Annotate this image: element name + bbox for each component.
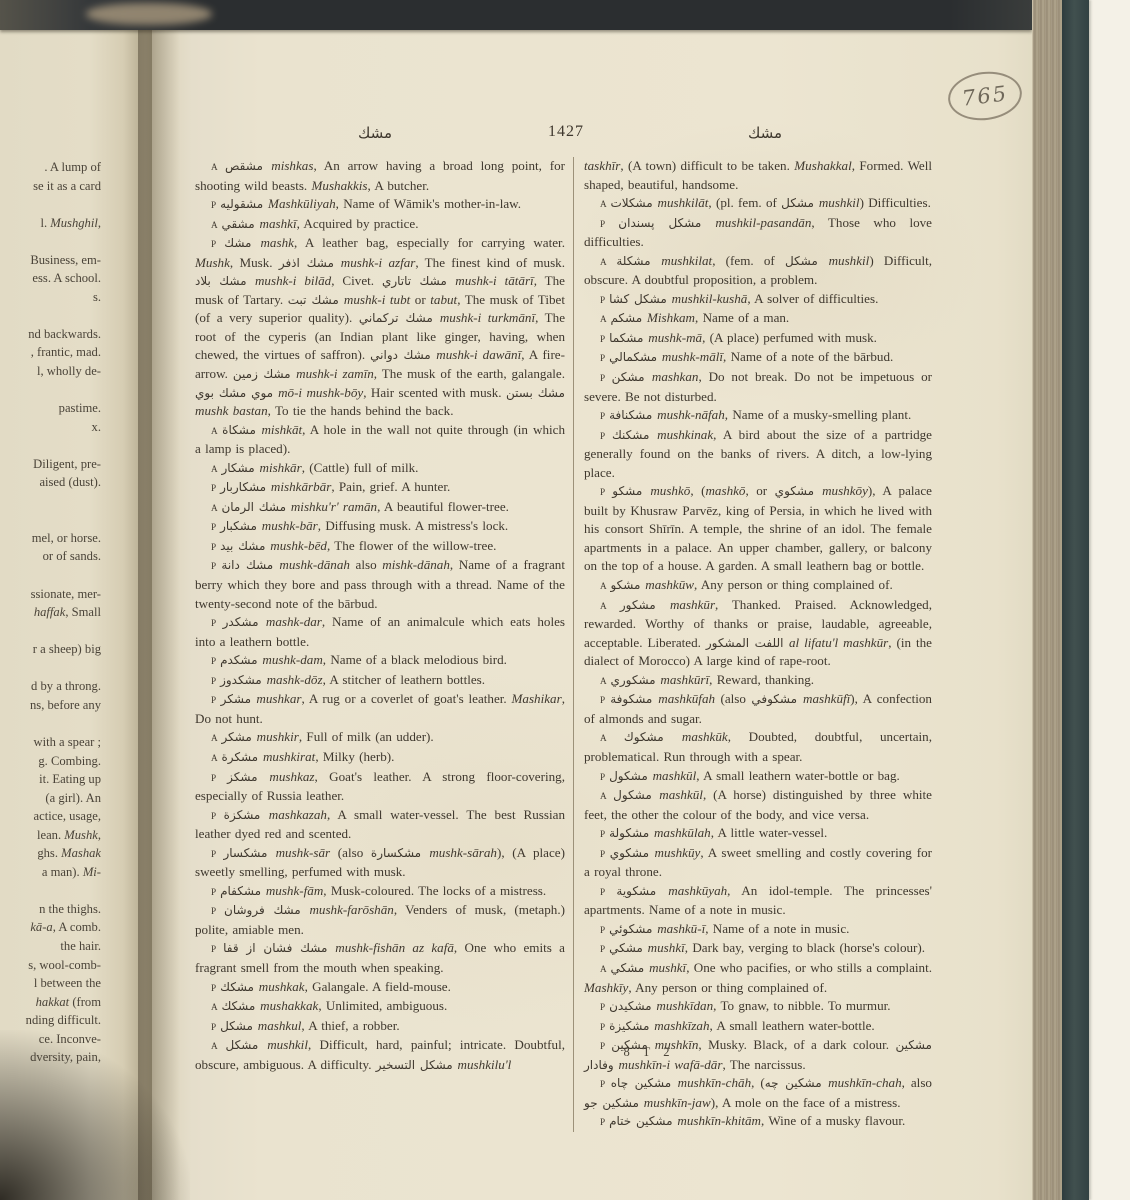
arabic-headword: مشكدر bbox=[223, 615, 266, 629]
arabic-headword: مشك دواني bbox=[370, 348, 436, 362]
arabic-headword: مشكوي bbox=[610, 846, 655, 860]
dictionary-entry: A مشكر mushkir, Full of milk (an udder). bbox=[195, 728, 565, 748]
arabic-headword: مشك الرمان bbox=[221, 500, 290, 514]
transliteration: mashkūfah bbox=[658, 691, 715, 706]
transliteration: mushkir bbox=[257, 729, 299, 744]
definition-text: (a girl). An bbox=[45, 791, 101, 805]
arabic-headword: مشك bbox=[224, 236, 260, 250]
transliteration: mashkō bbox=[705, 483, 745, 498]
language-marker: P bbox=[211, 849, 223, 859]
arabic-headword: مشك بيد bbox=[220, 539, 270, 553]
dictionary-entry: A مشك الرمان mishku'r' ramān, A beautifu… bbox=[195, 498, 565, 518]
fragment-line: dversity, pain, bbox=[0, 1048, 101, 1067]
definition-text: , Name of a note of the bārbud. bbox=[723, 349, 893, 364]
arabic-headword: مشك فروشان bbox=[224, 903, 309, 917]
transliteration: mashkīzah bbox=[654, 1018, 709, 1033]
dictionary-entry: P مشكفام mushk-fām, Musk-coloured. The l… bbox=[195, 882, 565, 902]
definition-text: , Musky. Black, of a dark colour. bbox=[698, 1037, 895, 1052]
definition-text: , A beautiful flower-tree. bbox=[377, 499, 509, 514]
arabic-headword: مشك فشان از قفا bbox=[223, 941, 335, 955]
definition-text: s. bbox=[93, 290, 101, 304]
transliteration: mushk-sārah bbox=[429, 845, 497, 860]
dictionary-entry: A مشكوري mashkūrī, Reward, thanking. bbox=[584, 671, 932, 691]
definition-text: g. Combing. bbox=[38, 754, 101, 768]
transliteration: mushk-i turkmānī bbox=[440, 310, 535, 325]
transliteration: mushkil-kushā bbox=[672, 291, 748, 306]
arabic-headword: مشكمالي bbox=[609, 350, 662, 364]
definition-text: ), A mole on the face of a mistress. bbox=[711, 1095, 901, 1110]
fragment-line bbox=[0, 622, 101, 641]
arabic-headword: مشقي bbox=[221, 217, 259, 231]
arabic-headword: مشكي bbox=[609, 941, 648, 955]
language-marker: P bbox=[211, 773, 227, 783]
dictionary-entry: A مشقص mishkas, An arrow having a broad … bbox=[195, 157, 565, 195]
arabic-headword: مشك اذفر bbox=[279, 256, 341, 270]
transliteration: mushk-i tubt bbox=[344, 292, 410, 307]
definition-text: with a spear ; bbox=[34, 735, 102, 749]
dictionary-entry: A مشكلة mushkilat, (fem. of مشكل mushkil… bbox=[584, 252, 932, 290]
fragment-line bbox=[0, 566, 101, 585]
arabic-headword: مشكك bbox=[221, 999, 260, 1013]
definition-text: , The narcissus. bbox=[722, 1057, 805, 1072]
dictionary-entry: P مشكوية mashkūyah, An idol-temple. The … bbox=[584, 882, 932, 920]
language-marker: A bbox=[211, 1002, 221, 1012]
definition-text: aised (dust). bbox=[39, 475, 101, 489]
fragment-line: s, wool-comb- bbox=[0, 956, 101, 975]
transliteration: mashkūk bbox=[682, 729, 728, 744]
definition-text: ) Difficulties. bbox=[860, 195, 931, 210]
book-scan: . A lump ofse it as a card l. Mushghil, … bbox=[0, 0, 1130, 1200]
transliteration: mushkinak bbox=[657, 427, 713, 442]
transliteration: mashkūrī bbox=[660, 672, 709, 687]
dictionary-entry: P مشك فروشان mushk-farōshān, Venders of … bbox=[195, 901, 565, 939]
transliteration: kā-a bbox=[30, 920, 52, 934]
arabic-headword: مشكل bbox=[785, 254, 829, 268]
arabic-headword: مشك بلاد bbox=[195, 274, 255, 288]
definition-text: (from bbox=[69, 995, 101, 1009]
language-marker: P bbox=[600, 411, 609, 421]
dictionary-entry: P مشكك mushkak, Galangale. A field-mouse… bbox=[195, 978, 565, 998]
fragment-line bbox=[0, 306, 101, 325]
transliteration: mushk-i tātārī bbox=[455, 273, 533, 288]
arabic-headword: مشقوليه bbox=[220, 197, 268, 211]
fragment-line: Diligent, pre- bbox=[0, 455, 101, 474]
transliteration: mushk-i dawānī bbox=[436, 347, 521, 362]
arabic-headword: مشكين چاه bbox=[611, 1076, 678, 1090]
transliteration: mushkō bbox=[650, 483, 690, 498]
transliteration: mashk-dar bbox=[266, 614, 322, 629]
transliteration: mushk-dānah bbox=[279, 557, 350, 572]
dictionary-entry: P مشكيزة mashkīzah, A small leathern wat… bbox=[584, 1017, 932, 1037]
fragment-line: l between the bbox=[0, 974, 101, 993]
transliteration: Mushakkis bbox=[311, 178, 367, 193]
definition-text: , Musk. bbox=[230, 255, 279, 270]
dictionary-entry: A مشكور mashkūr, Thanked. Praised. Ackno… bbox=[584, 596, 932, 671]
arabic-headword: مشكبار bbox=[220, 519, 262, 533]
transliteration: Mushakkal bbox=[794, 158, 851, 173]
language-marker: A bbox=[600, 199, 610, 209]
dictionary-entry: A مشكاة mishkāt, A hole in the wall not … bbox=[195, 421, 565, 459]
definition-text: ess. A school. bbox=[32, 271, 101, 285]
language-marker: P bbox=[600, 295, 609, 305]
definition-text: , ( bbox=[751, 1075, 765, 1090]
arabic-headword: مشكوك bbox=[624, 730, 682, 744]
arabic-headword: مشك دانة bbox=[221, 558, 279, 572]
definition-text: , Dark bay, verging to black (horse's co… bbox=[685, 940, 925, 955]
language-marker: A bbox=[600, 733, 624, 743]
definition-text: , Name of Wāmik's mother-in-law. bbox=[336, 196, 521, 211]
language-marker: A bbox=[600, 314, 610, 324]
transliteration: hakkat bbox=[36, 995, 70, 1009]
definition-text: , One who pacifies, or who stills a comp… bbox=[686, 960, 932, 975]
arabic-headword: موي مشك بوي bbox=[195, 386, 278, 400]
definition-text: , Name of a musky-smelling plant. bbox=[725, 407, 911, 422]
arabic-headword: مشكر bbox=[221, 692, 257, 706]
fragment-line: ssionate, mer- bbox=[0, 585, 101, 604]
language-marker: P bbox=[600, 944, 609, 954]
definition-text: r a sheep) big bbox=[33, 642, 101, 656]
dictionary-entry: A مشكل mushkil, Difficult, hard, painful… bbox=[195, 1036, 565, 1074]
transliteration: mushkīdan bbox=[656, 998, 713, 1013]
definition-text: , (A town) difficult to be taken. bbox=[620, 158, 794, 173]
fragment-line: d by a throng. bbox=[0, 677, 101, 696]
catchword-right: مشك bbox=[720, 124, 810, 142]
transliteration: mushkōy bbox=[822, 483, 868, 498]
arabic-headword: مشكوفة bbox=[610, 692, 658, 706]
transliteration: mushk-nāfah bbox=[657, 407, 725, 422]
fragment-line: it. Eating up bbox=[0, 770, 101, 789]
definition-text: , The flower of the willow-tree. bbox=[327, 538, 496, 553]
definition-text: , frantic, mad. bbox=[31, 345, 101, 359]
dictionary-entry: P مشقوليه Mashkūliyah, Name of Wāmik's m… bbox=[195, 195, 565, 215]
dictionary-entry: P مشكما mushk-mā, (A place) perfumed wit… bbox=[584, 329, 932, 349]
definition-text: ce. Inconve- bbox=[39, 1032, 101, 1046]
transliteration: mashkūr bbox=[670, 597, 715, 612]
transliteration: mushkilāt bbox=[657, 195, 708, 210]
arabic-headword: مشكي bbox=[610, 961, 649, 975]
arabic-headword: مشكفام bbox=[220, 884, 266, 898]
transliteration: Mishkam bbox=[647, 310, 695, 325]
dictionary-entry: A مشكلات mushkilāt, (pl. fem. of مشكل mu… bbox=[584, 194, 932, 214]
fragment-line: l. Mushghil, bbox=[0, 214, 101, 233]
transliteration: mashkī bbox=[259, 216, 296, 231]
transliteration: mushkil bbox=[819, 195, 860, 210]
definition-text: l between the bbox=[34, 976, 101, 990]
arabic-headword: مشك تاتاري bbox=[382, 274, 455, 288]
definition-text: ghs. bbox=[37, 846, 61, 860]
fragment-line bbox=[0, 659, 101, 678]
fragment-line: haffak, Small bbox=[0, 603, 101, 622]
fragment-line: ghs. Mashak bbox=[0, 844, 101, 863]
transliteration: mushkirat bbox=[263, 749, 315, 764]
language-marker: A bbox=[600, 581, 610, 591]
language-marker: P bbox=[211, 239, 224, 249]
fragment-line: se it as a card bbox=[0, 177, 101, 196]
definition-text: , ( bbox=[690, 483, 705, 498]
language-marker: P bbox=[211, 542, 220, 552]
transliteration: mashkūyah bbox=[668, 883, 727, 898]
transliteration: Mushk bbox=[64, 828, 98, 842]
fragment-line: ns, before any bbox=[0, 696, 101, 715]
transliteration: mishkāt bbox=[261, 422, 302, 437]
right-column: taskhīr, (A town) difficult to be taken.… bbox=[573, 157, 932, 1132]
definition-text: se it as a card bbox=[33, 179, 101, 193]
definition-text: nding difficult. bbox=[26, 1013, 101, 1027]
fragment-line bbox=[0, 492, 101, 511]
transliteration: Mi- bbox=[83, 865, 101, 879]
dictionary-entry: P مشكدم mushk-dam, Name of a black melod… bbox=[195, 651, 565, 671]
transliteration: mishk-dānah bbox=[382, 557, 450, 572]
language-marker: P bbox=[600, 1117, 609, 1127]
arabic-headword: مشكما bbox=[609, 331, 648, 345]
dictionary-entry: A مشكار mishkār, (Cattle) full of milk. bbox=[195, 459, 565, 479]
transliteration: tabut bbox=[430, 292, 457, 307]
arabic-headword: مشكاة bbox=[222, 423, 261, 437]
left-column: A مشقص mishkas, An arrow having a broad … bbox=[195, 157, 565, 1074]
dictionary-entry: P مشكولة mashkūlah, A little water-vesse… bbox=[584, 824, 932, 844]
fragment-line: pastime. bbox=[0, 399, 101, 418]
transliteration: mushk-i zamīn bbox=[296, 366, 374, 381]
dictionary-entry: P مشكول mashkūl, A small leathern water-… bbox=[584, 767, 932, 787]
transliteration: mashk bbox=[260, 235, 293, 250]
fragment-line: nding difficult. bbox=[0, 1011, 101, 1030]
arabic-headword: مشكوئي bbox=[609, 922, 657, 936]
arabic-headword: مشكول bbox=[613, 788, 659, 802]
language-marker: A bbox=[211, 220, 221, 230]
definition-text: , Small bbox=[65, 605, 101, 619]
arabic-headword: مشكرة bbox=[221, 750, 263, 764]
definition-text: , (A place) perfumed with musk. bbox=[702, 330, 877, 345]
definition-text: , Diffusing musk. A mistress's lock. bbox=[318, 518, 508, 533]
transliteration: mushakkak bbox=[260, 998, 318, 1013]
transliteration: mashkūfī bbox=[803, 691, 850, 706]
language-marker: A bbox=[600, 601, 620, 611]
dictionary-entry: P مشكيدن mushkīdan, To gnaw, to nibble. … bbox=[584, 997, 932, 1017]
arabic-headword: مشك بستن bbox=[506, 386, 565, 400]
definition-text: l. bbox=[40, 216, 50, 230]
gutter-shadow bbox=[138, 28, 180, 1200]
transliteration: mushkīn-khitām bbox=[677, 1113, 761, 1128]
fragment-line: or of sands. bbox=[0, 547, 101, 566]
fragment-line: actice, usage, bbox=[0, 807, 101, 826]
transliteration: mashkul bbox=[258, 1018, 302, 1033]
arabic-headword: مشكن bbox=[612, 370, 652, 384]
transliteration: taskhīr bbox=[584, 158, 620, 173]
fragment-line: Business, em- bbox=[0, 251, 101, 270]
definition-text: , A leather bag, especially for carrying… bbox=[294, 235, 565, 250]
transliteration: mushkil bbox=[829, 253, 870, 268]
fragment-line: the hair. bbox=[0, 937, 101, 956]
definition-text: , (fem. of bbox=[712, 253, 785, 268]
language-marker: P bbox=[600, 849, 610, 859]
dictionary-entry: P مشكوئي mashkū-ī, Name of a note in mus… bbox=[584, 920, 932, 940]
fragment-line: ce. Inconve- bbox=[0, 1030, 101, 1049]
definition-text: also bbox=[350, 557, 382, 572]
definition-text: , Acquired by practice. bbox=[297, 216, 419, 231]
transliteration: mishku'r' ramān bbox=[291, 499, 377, 514]
dictionary-entry: P مشكدر mashk-dar, Name of an animalcule… bbox=[195, 613, 565, 651]
arabic-headword: مشكو bbox=[612, 484, 650, 498]
definition-text: , A little water-vessel. bbox=[711, 825, 828, 840]
language-marker: P bbox=[211, 656, 220, 666]
definition-text: or of sands. bbox=[43, 549, 101, 563]
transliteration: mushk-i bilād bbox=[255, 273, 331, 288]
fragment-line bbox=[0, 510, 101, 529]
definition-text: , Unlimited, ambiguous. bbox=[318, 998, 447, 1013]
arabic-headword: مشكدوز bbox=[220, 673, 266, 687]
arabic-headword: مشكل bbox=[781, 196, 819, 210]
dictionary-entry: P مشكبار mushk-bār, Diffusing musk. A mi… bbox=[195, 517, 565, 537]
definition-text: ns, before any bbox=[30, 698, 101, 712]
transliteration: mishkār bbox=[259, 460, 301, 475]
transliteration: mushkil bbox=[267, 1037, 308, 1052]
arabic-headword: مشكلة bbox=[616, 254, 661, 268]
definition-text: , Musk-coloured. The locks of a mistress… bbox=[323, 883, 546, 898]
dictionary-entry: P مشكي mushkī, Dark bay, verging to blac… bbox=[584, 939, 932, 959]
dictionary-entry: P مشكل mashkul, A thief, a robber. bbox=[195, 1017, 565, 1037]
arabic-headword: مشك تبت bbox=[288, 293, 344, 307]
definition-text: or bbox=[410, 292, 430, 307]
language-marker: P bbox=[211, 522, 220, 532]
definition-text: , Full of milk (an udder). bbox=[299, 729, 434, 744]
transliteration: mushk-mālī bbox=[662, 349, 723, 364]
definition-text: . A lump of bbox=[44, 160, 101, 174]
transliteration: Mushghil bbox=[50, 216, 98, 230]
language-marker: P bbox=[211, 618, 223, 628]
definition-text: , A stitcher of leathern bottles. bbox=[323, 672, 485, 687]
page-stack-fore-edge bbox=[1032, 0, 1063, 1200]
language-marker: P bbox=[600, 772, 609, 782]
definition-text: (also bbox=[330, 845, 371, 860]
definition-text: , (Cattle) full of milk. bbox=[302, 460, 419, 475]
language-marker: P bbox=[600, 887, 616, 897]
transliteration: mushkaz bbox=[269, 769, 314, 784]
book-top-cover-edge bbox=[0, 0, 1032, 30]
transliteration: mashkūl bbox=[659, 787, 703, 802]
dictionary-entry: P مشكل كشا mushkil-kushā, A solver of di… bbox=[584, 290, 932, 310]
transliteration: al lifatu'l mashkūr bbox=[789, 635, 888, 650]
language-marker: A bbox=[600, 676, 610, 686]
language-marker: P bbox=[211, 983, 220, 993]
arabic-headword: مشكل bbox=[225, 1038, 267, 1052]
arabic-headword: مشكين ختام bbox=[609, 1114, 677, 1128]
language-marker: P bbox=[211, 695, 221, 705]
catchword-left: مشك bbox=[330, 124, 420, 142]
definition-text: , Milky (herb). bbox=[315, 749, 394, 764]
transliteration: Mashkīy bbox=[584, 980, 628, 995]
arabic-headword: مشك تركماني bbox=[359, 311, 440, 325]
language-marker: P bbox=[211, 200, 220, 210]
dictionary-entry: P مشكن mashkan, Do not break. Do not be … bbox=[584, 368, 932, 406]
language-marker: P bbox=[600, 373, 612, 383]
definition-text: , Name of a man. bbox=[695, 310, 789, 325]
fragment-line: ess. A school. bbox=[0, 269, 101, 288]
fragment-line: (a girl). An bbox=[0, 789, 101, 808]
definition-text: , Name of a black melodious bird. bbox=[323, 652, 507, 667]
fragment-line bbox=[0, 232, 101, 251]
definition-text: , Pain, grief. A hunter. bbox=[331, 479, 450, 494]
definition-text: nd backwards. bbox=[28, 327, 101, 341]
fragment-line: nd backwards. bbox=[0, 325, 101, 344]
arabic-headword: مشكل bbox=[220, 1019, 258, 1033]
transliteration: mushkilat bbox=[661, 253, 712, 268]
arabic-headword: مشكار bbox=[221, 461, 259, 475]
book-cover-edge bbox=[1062, 0, 1089, 1200]
dictionary-entry: P مشكو mushkō, (mashkō, or مشكوي mushkōy… bbox=[584, 482, 932, 576]
fragment-line: a man). Mi- bbox=[0, 863, 101, 882]
dictionary-entry: A مشقي mashkī, Acquired by practice. bbox=[195, 215, 565, 235]
arabic-headword: مشكوي bbox=[775, 484, 822, 498]
arabic-headword: مشكدم bbox=[220, 653, 262, 667]
arabic-headword: اللفت المشكور bbox=[706, 636, 789, 650]
dictionary-entry: A مشكو mashkūw, Any person or thing comp… bbox=[584, 576, 932, 596]
transliteration: mushk-farōshān bbox=[309, 902, 393, 917]
dictionary-entry: P مشكين چاه mushkīn-chāh, (مشكين چه mush… bbox=[584, 1074, 932, 1112]
language-marker: P bbox=[600, 1002, 609, 1012]
arabic-headword: مشكولة bbox=[609, 826, 654, 840]
language-marker: A bbox=[211, 464, 221, 474]
definition-text: actice, usage, bbox=[34, 809, 101, 823]
dictionary-entry: P مشكنافة mushk-nāfah, Name of a musky-s… bbox=[584, 406, 932, 426]
arabic-headword: مشكين چه bbox=[765, 1076, 828, 1090]
arabic-headword: مشكول bbox=[609, 769, 653, 783]
definition-text: , Galangale. A field-mouse. bbox=[305, 979, 451, 994]
arabic-headword: مشكور bbox=[620, 598, 670, 612]
definition-text: , A small leathern water-bottle. bbox=[710, 1018, 875, 1033]
language-marker: A bbox=[211, 733, 221, 743]
definition-text: ssionate, mer- bbox=[31, 587, 101, 601]
definition-text: , To tie the hands behind the back. bbox=[268, 403, 454, 418]
fragment-line: n the thighs. bbox=[0, 900, 101, 919]
language-marker: P bbox=[600, 695, 610, 705]
transliteration: mashk-dōz bbox=[267, 672, 323, 687]
transliteration: mushkī bbox=[648, 940, 685, 955]
definition-text: l, wholly de- bbox=[37, 364, 101, 378]
fragment-line bbox=[0, 714, 101, 733]
definition-text: dversity, pain, bbox=[30, 1050, 101, 1064]
arabic-headword: مشكلات bbox=[610, 196, 657, 210]
definition-text: it. Eating up bbox=[39, 772, 101, 786]
definition-text: (also bbox=[715, 691, 751, 706]
language-marker: P bbox=[211, 906, 224, 916]
transliteration: Mashikar bbox=[512, 691, 562, 706]
language-marker: A bbox=[211, 1041, 225, 1051]
fragment-line: x. bbox=[0, 418, 101, 437]
definition-text: the hair. bbox=[60, 939, 101, 953]
transliteration: Mashkūliyah bbox=[268, 196, 336, 211]
dictionary-entry: A مشكوك mashkūk, Doubted, doubtful, unce… bbox=[584, 728, 932, 766]
fragment-line: kā-a, A comb. bbox=[0, 918, 101, 937]
dictionary-entry: P مشكسار mushk-sār (also مشكسارة mushk-s… bbox=[195, 844, 565, 882]
transliteration: mishkārbār bbox=[271, 479, 331, 494]
definition-text: , Any person or thing complained of. bbox=[628, 980, 827, 995]
dictionary-entry: P مشكوي mushkūy, A sweet smelling and co… bbox=[584, 844, 932, 882]
transliteration: mashkūw bbox=[645, 577, 694, 592]
fragment-line: s. bbox=[0, 288, 101, 307]
transliteration: mashkūlah bbox=[654, 825, 711, 840]
definition-text: , A solver of difficulties. bbox=[747, 291, 878, 306]
definition-text: , A comb. bbox=[53, 920, 101, 934]
definition-text: , Reward, thanking. bbox=[709, 672, 814, 687]
language-marker: A bbox=[600, 791, 613, 801]
arabic-headword: مشك زمين bbox=[233, 367, 296, 381]
definition-text: Diligent, pre- bbox=[33, 457, 101, 471]
definition-text: , Any person or thing complained of. bbox=[694, 577, 893, 592]
transliteration: mushkak bbox=[259, 979, 305, 994]
transliteration: mushk-fishān az kafā bbox=[335, 940, 454, 955]
language-marker: P bbox=[600, 431, 612, 441]
arabic-headword: مشكاربار bbox=[220, 480, 271, 494]
